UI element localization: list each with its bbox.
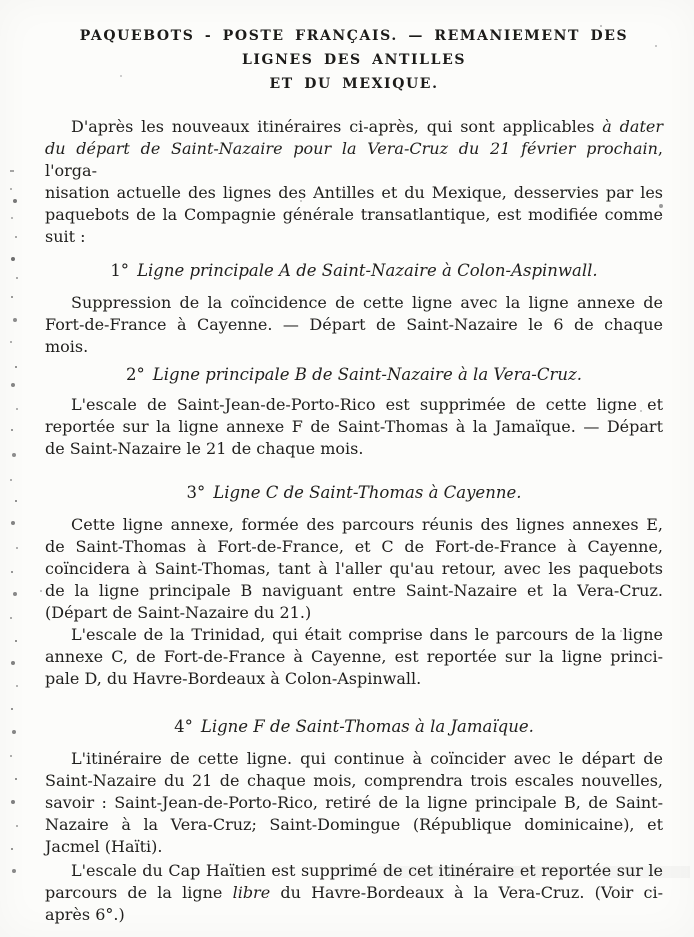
text-line: Cette ligne annexe, formée des parcours … [45, 514, 663, 536]
document-title: PAQUEBOTS - POSTE FRANÇAIS. — REMANIEMEN… [45, 24, 663, 96]
text-line: savoir : Saint-Jean-de-Porto-Rico, retir… [45, 792, 663, 814]
text-line: pale D, du Havre-Bordeaux à Colon-Aspinw… [45, 668, 663, 690]
text-line: L'escale de la Trinidad, qui était compr… [45, 624, 663, 646]
scan-noise-binding-edge [10, 170, 12, 172]
document-title-line-2: ET DU MEXIQUE. [45, 72, 663, 96]
page-content: PAQUEBOTS - POSTE FRANÇAIS. — REMANIEMEN… [45, 24, 663, 926]
section-1-title: Ligne principale A de Saint-Nazaire à Co… [137, 261, 598, 280]
section-2-heading: 2°Ligne principale B de Saint-Nazaire à … [45, 364, 663, 386]
text-line: mois. [45, 336, 663, 358]
text-line: coïncidera à Saint-Thomas, tant à l'alle… [45, 558, 663, 580]
section-2-title: Ligne principale B de Saint-Nazaire à la… [153, 365, 582, 384]
section-2-paragraph: L'escale de Saint-Jean-de-Porto-Rico est… [45, 394, 663, 460]
section-3-paragraph-1: Cette ligne annexe, formée des parcours … [45, 514, 663, 624]
text-line: Suppression de la coïncidence de cette l… [45, 292, 663, 314]
section-3-paragraph-2: L'escale de la Trinidad, qui était compr… [45, 624, 663, 690]
section-3-heading: 3°Ligne C de Saint-Thomas à Cayenne. [45, 482, 663, 504]
text-line: de la ligne principale B naviguant entre… [45, 580, 663, 602]
text-line: parcours de la ligne libre du Havre-Bord… [45, 882, 663, 904]
section-2-number: 2° [126, 365, 145, 384]
scanned-document-page: PAQUEBOTS - POSTE FRANÇAIS. — REMANIEMEN… [0, 0, 694, 937]
section-4-number: 4° [174, 717, 193, 736]
closing-text: parcours de la ligne [45, 883, 233, 902]
text-line: après 6°.) [45, 904, 663, 926]
text-line: nisation actuelle des lignes des Antille… [45, 182, 663, 204]
intro-italic-date-clause: du départ de Saint-Nazaire pour la Vera-… [45, 139, 658, 158]
section-1-heading: 1°Ligne principale A de Saint-Nazaire à … [45, 260, 663, 282]
intro-paragraph: D'après les nouveaux itinéraires ci-aprè… [45, 116, 663, 248]
text-line: L'itinéraire de cette ligne. qui continu… [45, 748, 663, 770]
section-4-paragraph-1: L'itinéraire de cette ligne. qui continu… [45, 748, 663, 858]
section-4-title: Ligne F de Saint-Thomas à la Jamaïque. [201, 717, 534, 736]
text-line: de Saint-Nazaire le 21 de chaque mois. [45, 438, 663, 460]
text-line: L'escale de Saint-Jean-de-Porto-Rico est… [45, 394, 663, 416]
text-line: (Départ de Saint-Nazaire du 21.) [45, 602, 663, 624]
section-1-paragraph: Suppression de la coïncidence de cette l… [45, 292, 663, 358]
text-line: Fort-de-France à Cayenne. — Départ de Sa… [45, 314, 663, 336]
italic-word-libre: libre [233, 883, 271, 902]
text-line: du départ de Saint-Nazaire pour la Vera-… [45, 138, 663, 182]
text-line: Nazaire à la Vera-Cruz; Saint-Domingue (… [45, 814, 663, 836]
section-3-title: Ligne C de Saint-Thomas à Cayenne. [213, 483, 521, 502]
section-3-number: 3° [187, 483, 206, 502]
text-line: annexe C, de Fort-de-France à Cayenne, e… [45, 646, 663, 668]
document-title-line-1: PAQUEBOTS - POSTE FRANÇAIS. — REMANIEMEN… [45, 24, 663, 72]
text-line: paquebots de la Compagnie générale trans… [45, 204, 663, 226]
section-4-heading: 4°Ligne F de Saint-Thomas à la Jamaïque. [45, 716, 663, 738]
text-line: D'après les nouveaux itinéraires ci-aprè… [45, 116, 663, 138]
text-line: reportée sur la ligne annexe F de Saint-… [45, 416, 663, 438]
intro-italic-date-clause: à dater [602, 117, 663, 136]
section-1-number: 1° [110, 261, 129, 280]
closing-text: du Havre-Bordeaux à la Vera-Cruz. (Voir … [270, 883, 663, 902]
text-line: Jacmel (Haïti). [45, 836, 663, 858]
text-line: de Saint-Thomas à Fort-de-France, et C d… [45, 536, 663, 558]
text-line: L'escale du Cap Haïtien est supprimé de … [45, 860, 663, 882]
text-line: Saint-Nazaire du 21 de chaque mois, comp… [45, 770, 663, 792]
section-4-paragraph-2: L'escale du Cap Haïtien est supprimé de … [45, 860, 663, 926]
text-line: suit : [45, 226, 663, 248]
intro-text: D'après les nouveaux itinéraires ci-aprè… [71, 117, 602, 136]
